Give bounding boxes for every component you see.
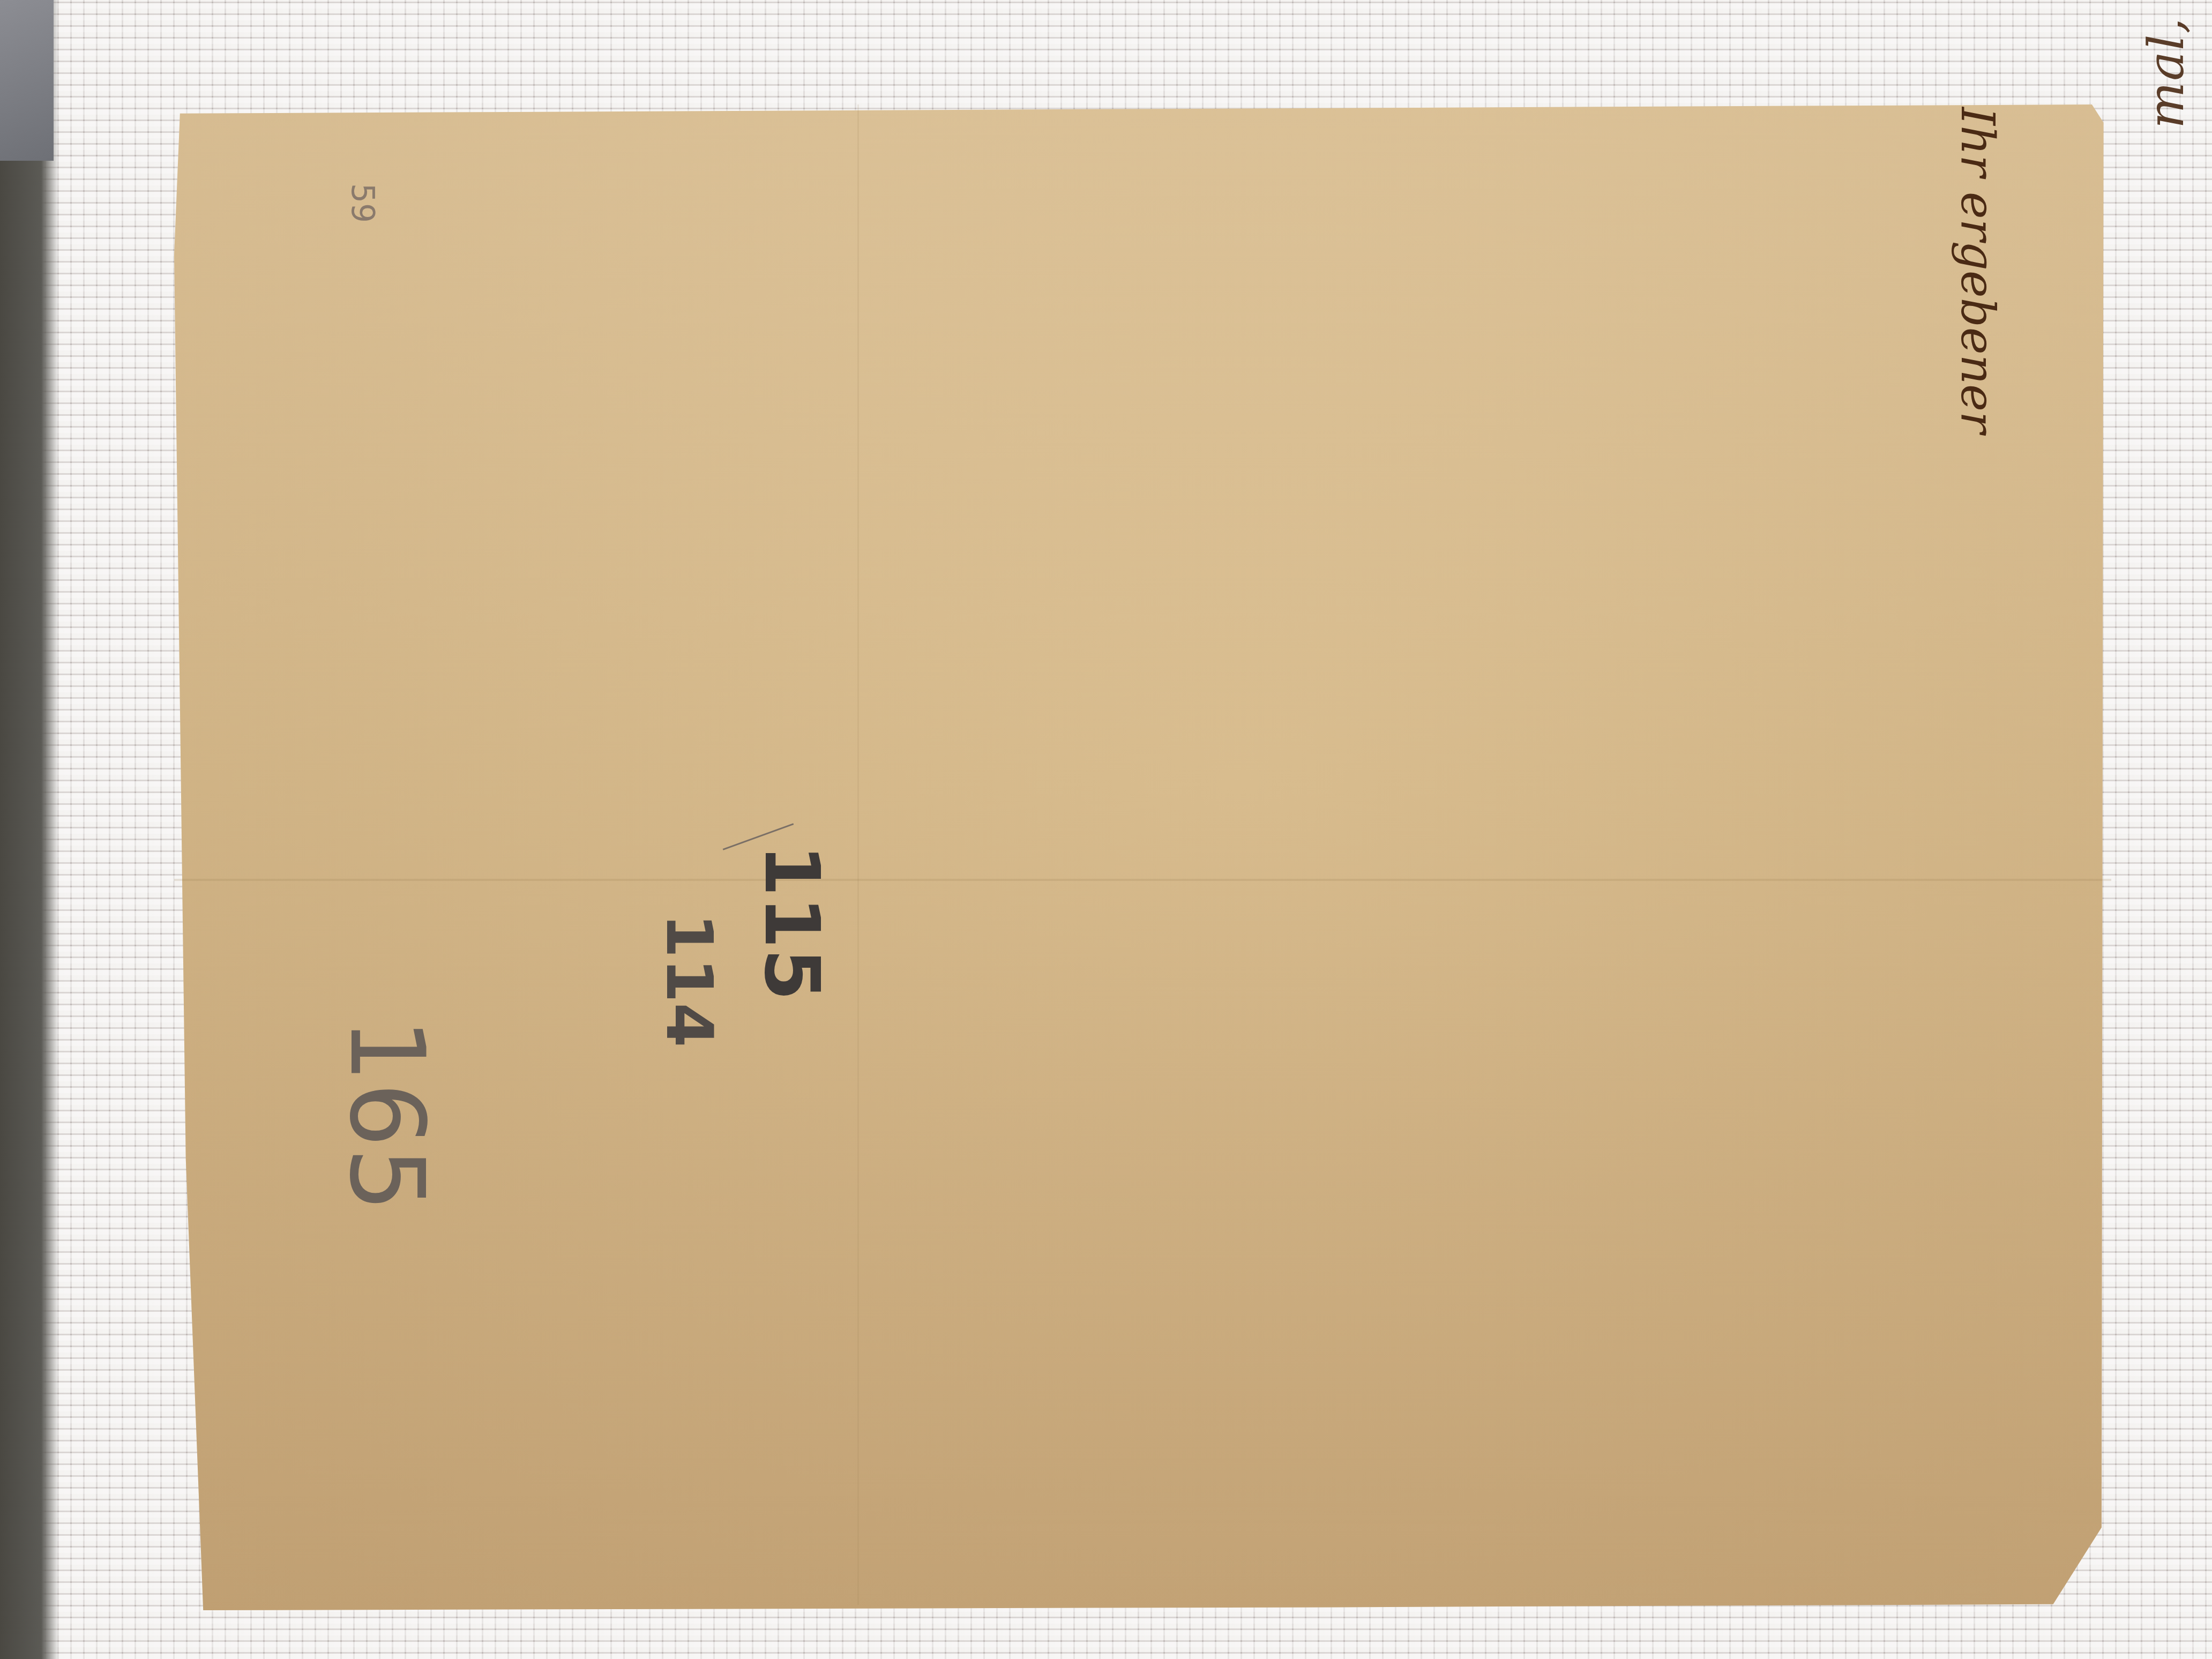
grey-card-corner: [0, 0, 54, 161]
manuscript-line: überschaut. Es erscheint, es: [2200, 0, 2212, 129]
manuscript-sheet: [174, 104, 2111, 1610]
pencil-folio-number: 59: [345, 183, 381, 223]
paper-fold-vertical: [857, 104, 859, 1605]
pencil-page-number-old: 114: [652, 913, 726, 1048]
closing-signature: Ihr ergebener: [1951, 107, 2004, 434]
handwritten-text-block: mal, von dessen Thürme das Dorf genug üb…: [2133, 0, 2212, 129]
table-edge: [0, 0, 59, 1659]
manuscript-line: mal, von dessen Thürme das Dorf genug: [2133, 0, 2200, 129]
pencil-page-number-new: 115: [748, 844, 835, 1000]
pencil-archive-number: 165: [327, 1018, 446, 1212]
paper-fold-horizontal: [174, 879, 2111, 881]
